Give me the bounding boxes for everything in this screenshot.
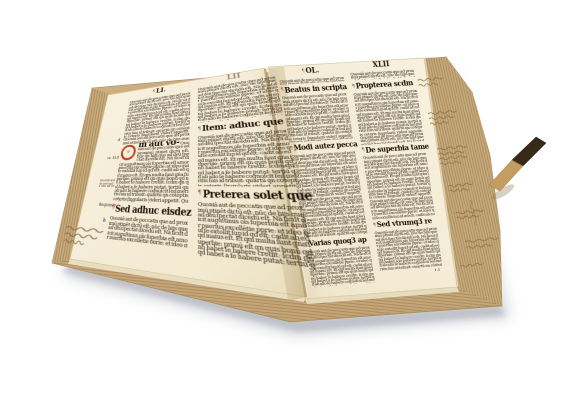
left-page-text-layer: ca. XLII Quoniā aut de peccatis que ad p… — [70, 68, 306, 297]
photo-of-open-incunable: ca. XLII Quoniā aut de peccatis que ad p… — [0, 0, 570, 412]
printed-text-block: Quoniā aut de peccatis que ad proximū pt… — [282, 93, 353, 143]
rubricated-initial-ring: v — [120, 144, 137, 160]
bookmark-tab-tip — [512, 137, 546, 166]
printed-text-block: Quoniā aut de peccatis que ad proximū pt… — [306, 245, 375, 287]
printed-text-block: Quoniā aut de peccatis que ad proximū pt… — [291, 151, 367, 239]
section-heading: ¶Preterea solet que — [198, 187, 302, 203]
left-page-column-1: ¶LI. Quoniā aut de peccatis que ad proxi… — [106, 82, 190, 248]
printed-text-block: Quoniā aut de peccatis que ad proximū pt… — [353, 89, 424, 145]
rubric-letter: d — [118, 138, 121, 142]
printed-text-block: Quoniā aut de peccatis que ad proximū pt… — [123, 91, 191, 144]
printed-text-block: Quoniā aut de peccatis que ad proximū pt… — [363, 152, 435, 220]
margin-gloss-printed: Quoniā aut de peccatis que ad proximū pt… — [99, 179, 116, 187]
margin-chapter-note: ca. XLII — [107, 155, 119, 160]
printed-text-block: Quoniā aut de peccatis que ad proximū pt… — [374, 227, 442, 271]
rubric-letter: a — [277, 107, 280, 111]
chapter-opening-block: vm aut vo- Quoniā aut de peccatis que ad… — [113, 139, 190, 203]
rubric-letter: b — [103, 218, 107, 223]
printed-text-block: Quoniā aut de peccatis que ad proximū pt… — [106, 216, 188, 248]
rubric-letter: b — [295, 226, 298, 230]
rubric-letter: d — [284, 164, 287, 168]
